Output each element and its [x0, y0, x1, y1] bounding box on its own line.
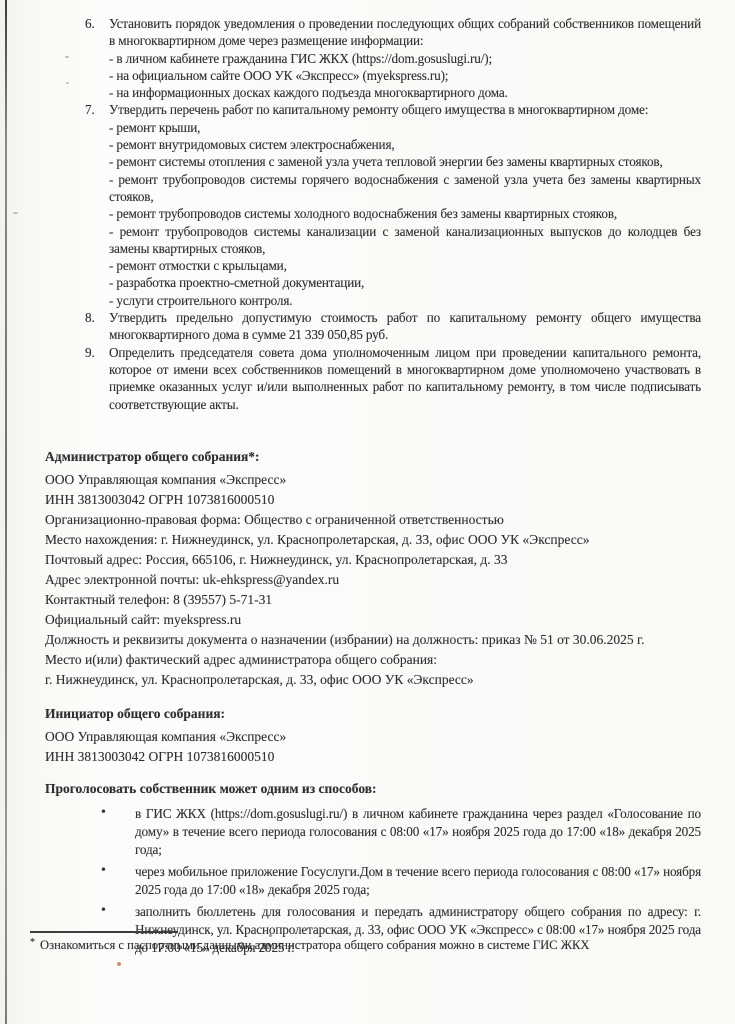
document-content: 6. Установить порядок уведомления о пров…: [0, 0, 735, 957]
footnote-rule: [30, 931, 178, 933]
initiator-section-title: Инициатор общего собрания:: [45, 704, 701, 724]
agenda-sub-item: - ремонт трубопроводов системы канализац…: [109, 223, 701, 258]
agenda-sub-item: - разработка проектно-сметной документац…: [109, 274, 701, 291]
agenda-item-number: 9.: [85, 344, 109, 413]
agenda-sub-item: - ремонт внутридомовых систем электросна…: [109, 136, 701, 153]
initiator-section: Инициатор общего собрания: ООО Управляющ…: [45, 704, 701, 767]
footnote: * Ознакомиться с паспортными данными адм…: [30, 931, 680, 954]
bullet-icon: •: [101, 902, 106, 920]
voting-method-text: в ГИС ЖКХ (https://dom.gosuslugi.ru/) в …: [135, 805, 701, 859]
agenda-sub-item: - ремонт трубопроводов системы холодного…: [109, 205, 701, 222]
agenda-sub-item: - ремонт крыши,: [109, 119, 701, 136]
agenda-item-number: 8.: [85, 309, 109, 344]
administrator-line: Место и(или) фактический адрес администр…: [45, 650, 701, 670]
voting-section-title: Проголосовать собственник может одним из…: [45, 779, 701, 799]
administrator-line: ИНН 3813003042 ОГРН 1073816000510: [45, 490, 701, 510]
agenda-list: 6. Установить порядок уведомления о пров…: [85, 15, 701, 413]
agenda-item-9: 9. Определить председателя совета дома у…: [85, 344, 701, 413]
agenda-item-6: 6. Установить порядок уведомления о пров…: [85, 15, 701, 101]
footnote-marker: *: [30, 934, 35, 951]
administrator-section: Администратор общего собрания*: ООО Упра…: [45, 447, 701, 690]
scan-speck: [117, 962, 121, 966]
administrator-line: Место нахождения: г. Нижнеудинск, ул. Кр…: [45, 530, 701, 550]
agenda-sub-item: - ремонт трубопроводов системы горячего …: [109, 171, 701, 206]
administrator-line: ООО Управляющая компания «Экспресс»: [45, 470, 701, 490]
voting-method-item: • через мобильное приложение Госуслуги.Д…: [95, 863, 701, 899]
administrator-line: Почтовый адрес: Россия, 665106, г. Нижне…: [45, 550, 701, 570]
administrator-section-title: Администратор общего собрания*:: [45, 447, 701, 467]
administrator-line: Должность и реквизиты документа о назнач…: [45, 630, 701, 650]
bullet-icon: •: [101, 862, 106, 880]
voting-method-text: через мобильное приложение Госуслуги.Дом…: [135, 863, 701, 899]
agenda-sub-item: - ремонт отмостки с крыльцами,: [109, 257, 701, 274]
scanned-document-page: 6. Установить порядок уведомления о пров…: [0, 0, 735, 1024]
agenda-item-text: Установить порядок уведомления о проведе…: [109, 15, 701, 50]
initiator-line: ИНН 3813003042 ОГРН 1073816000510: [45, 747, 701, 767]
agenda-item-text: Утвердить перечень работ по капитальному…: [109, 101, 701, 118]
agenda-sub-item: - в личном кабинете гражданина ГИС ЖКХ (…: [109, 50, 701, 67]
administrator-line: Официальный сайт: myekspress.ru: [45, 610, 701, 630]
initiator-line: ООО Управляющая компания «Экспресс»: [45, 727, 701, 747]
agenda-item-text: Утвердить предельно допустимую стоимость…: [109, 309, 701, 344]
agenda-item-7: 7. Утвердить перечень работ по капитальн…: [85, 101, 701, 309]
administrator-line: Контактный телефон: 8 (39557) 5-71-31: [45, 590, 701, 610]
agenda-sub-item: - услуги строительного контроля.: [109, 292, 701, 309]
administrator-line: г. Нижнеудинск, ул. Краснопролетарская, …: [45, 670, 701, 690]
agenda-item-text: Определить председателя совета дома упол…: [109, 344, 701, 413]
agenda-item-8: 8. Утвердить предельно допустимую стоимо…: [85, 309, 701, 344]
agenda-sub-item: - ремонт системы отопления с заменой узл…: [109, 153, 701, 170]
voting-method-item: • в ГИС ЖКХ (https://dom.gosuslugi.ru/) …: [95, 805, 701, 859]
agenda-item-number: 7.: [85, 101, 109, 309]
administrator-line: Адрес электронной почты: uk-ehkspress@ya…: [45, 570, 701, 590]
agenda-item-number: 6.: [85, 15, 109, 101]
administrator-line: Организационно-правовая форма: Общество …: [45, 510, 701, 530]
agenda-sub-item: - на официальном сайте ООО УК «Экспресс»…: [109, 67, 701, 84]
bullet-icon: •: [101, 804, 106, 822]
agenda-sub-item: - на информационных досках каждого подъе…: [109, 84, 701, 101]
footnote-text: Ознакомиться с паспортными данными админ…: [40, 938, 590, 952]
